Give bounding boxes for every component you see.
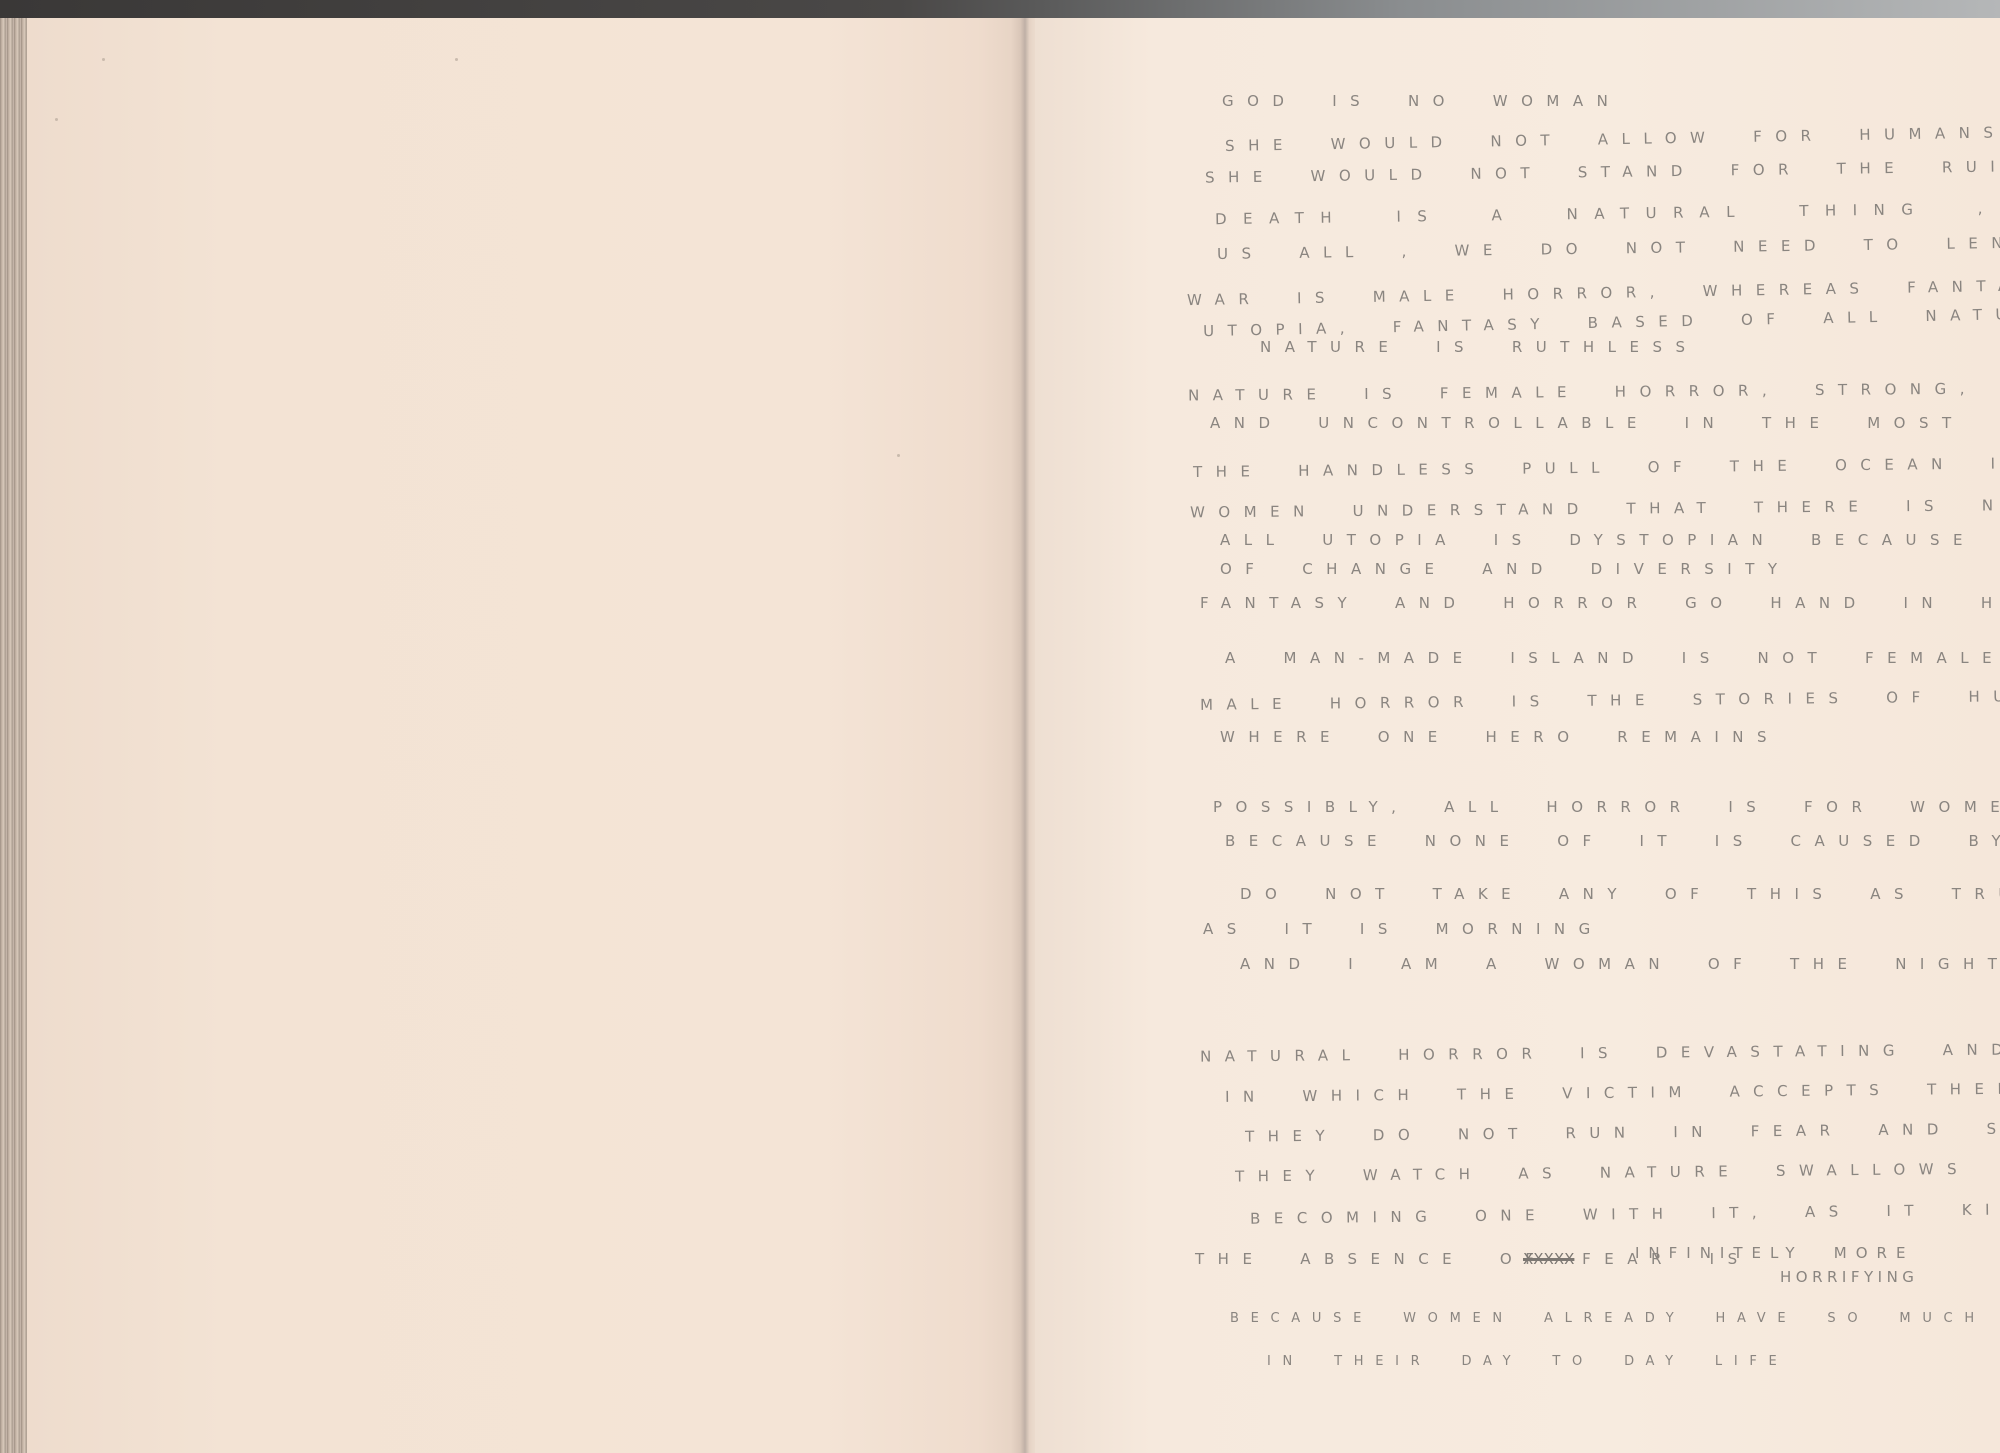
- text-line: THE HANDLESS PULL OF THE OCEAN INTO ITS …: [1193, 449, 2000, 481]
- text-line: NATURE IS RUTHLESS: [1260, 338, 1699, 356]
- text-line: HORRIFYING: [1780, 1268, 1918, 1286]
- text-line: A MAN-MADE ISLAND IS NOT FEMALE HORROR: [1225, 649, 2000, 667]
- paper-speck: [55, 118, 58, 121]
- text-line: NATURAL HORROR IS DEVASTATING AND BEAUTI…: [1200, 1038, 2000, 1065]
- text-line: OF CHANGE AND DIVERSITY: [1220, 560, 1791, 578]
- text-line: ALL UTOPIA IS DYSTOPIAN BECAUSE OF THE L…: [1220, 531, 2000, 549]
- text-line: THEY DO NOT RUN IN FEAR AND SCREAM: [1245, 1118, 2000, 1145]
- paper-speck: [102, 58, 105, 61]
- text-line: GOD IS NO WOMAN: [1222, 92, 1621, 110]
- paper-speck: [455, 58, 458, 61]
- text-line: BECOMING ONE WITH IT, AS IT KILLS YOU SL…: [1250, 1196, 2000, 1227]
- struck-out-word: XXXXX: [1523, 1250, 1574, 1268]
- text-line: AS IT IS MORNING: [1203, 920, 1604, 938]
- text-line: IN THEIR DAY TO DAY LIFE: [1267, 1354, 1788, 1369]
- text-line: AND UNCONTROLLABLE IN THE MOST BEAUTIFUL…: [1210, 414, 2000, 432]
- text-line: SHE WOULD NOT ALLOW FOR HUMANS TO END EA…: [1225, 115, 2000, 155]
- text-line: US ALL , WE DO NOT NEED TO LEND IT A HEL…: [1217, 227, 2000, 263]
- text-line: MALE HORROR IS THE STORIES OF HUMAN VIOL…: [1200, 684, 2000, 714]
- text-line: BECAUSE WOMEN ALREADY HAVE SO MUCH FEAR: [1230, 1311, 2000, 1326]
- handwritten-text: GOD IS NO WOMAN SHE WOULD NOT ALLOW FOR …: [1035, 18, 2000, 1453]
- text-line: WHERE ONE HERO REMAINS: [1220, 728, 1780, 746]
- text-line: BECAUSE NONE OF IT IS CAUSED BY THEM: [1225, 832, 2000, 850]
- text-line: WOMEN UNDERSTAND THAT THERE IS NO UTOPIA: [1190, 495, 2000, 522]
- paper-speck: [897, 454, 900, 457]
- text-line: IN WHICH THE VICTIM ACCEPTS THEIR FATE: [1225, 1078, 2000, 1106]
- text-line: DO NOT TAKE ANY OF THIS AS TRUE: [1240, 885, 2000, 903]
- left-page: [27, 18, 1017, 1453]
- text-line: WAR IS MALE HORROR, WHEREAS FANTASY IS A…: [1187, 271, 2000, 309]
- text-line: NATURE IS FEMALE HORROR, STRONG, NATURAL…: [1188, 375, 2000, 404]
- text-line: FANTASY AND HORROR GO HAND IN HAND: [1200, 594, 2000, 612]
- text-line: SHE WOULD NOT STAND FOR THE RUINING OF T…: [1205, 151, 2000, 186]
- text-line: AND I AM A WOMAN OF THE NIGHT: [1240, 955, 2000, 973]
- text-line: THEY WATCH AS NATURE SWALLOWS THEM: [1235, 1158, 2000, 1185]
- right-page: GOD IS NO WOMAN SHE WOULD NOT ALLOW FOR …: [1035, 18, 2000, 1453]
- text-line: DEATH IS A NATURAL THING , IT WILL COME …: [1215, 192, 2000, 228]
- page-edges: [0, 18, 30, 1453]
- text-line: POSSIBLY, ALL HORROR IS FOR WOMEN: [1213, 798, 2000, 816]
- text-line: INFINITELY MORE: [1635, 1244, 1914, 1262]
